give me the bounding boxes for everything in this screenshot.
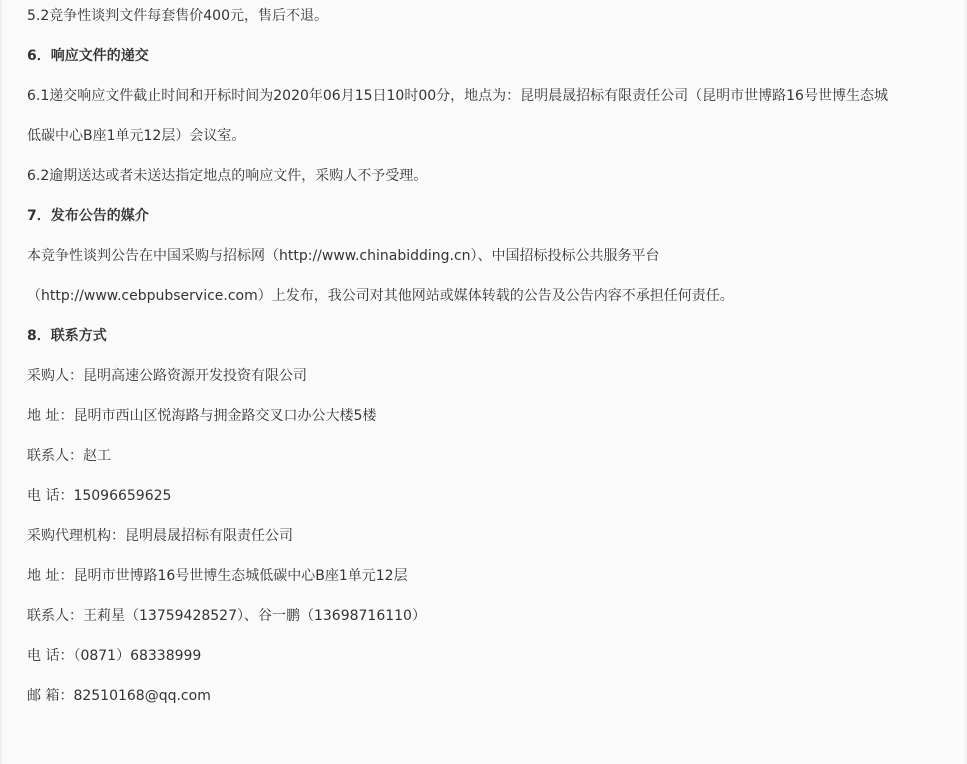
agency-email: 邮 箱：82510168@qq.com [27, 686, 211, 706]
section-heading-6: 6．响应文件的递交 [27, 46, 149, 66]
purchaser: 采购人：昆明高速公路资源开发投资有限公司 [27, 366, 307, 386]
agency: 采购代理机构：昆明晨晟招标有限责任公司 [27, 526, 293, 546]
document-page: 5.2竞争性谈判文件每套售价400元，售后不退。 6．响应文件的递交 6.1递交… [2, 0, 965, 764]
section-heading-7: 7．发布公告的媒介 [27, 206, 149, 226]
agency-address: 地 址：昆明市世博路16号世博生态城低碳中心B座1单元12层 [27, 566, 408, 586]
purchaser-address: 地 址：昆明市西山区悦海路与拥金路交叉口办公大楼5楼 [27, 406, 376, 426]
agency-contacts: 联系人：王莉星（13759428527）、谷一鹏（13698716110） [27, 606, 426, 626]
paragraph-media: 本竞争性谈判公告在中国采购与招标网（http://www.chinabiddin… [27, 246, 660, 266]
paragraph-media-cont: （http://www.cebpubservice.com）上发布，我公司对其他… [27, 286, 734, 306]
paragraph-6-1-cont: 低碳中心B座1单元12层）会议室。 [27, 126, 245, 146]
paragraph-6-1: 6.1递交响应文件截止时间和开标时间为2020年06月15日10时00分，地点为… [27, 86, 888, 106]
paragraph-6-2: 6.2逾期送达或者未送达指定地点的响应文件，采购人不予受理。 [27, 166, 427, 186]
section-heading-8: 8．联系方式 [27, 326, 107, 346]
agency-phone: 电 话：（0871）68338999 [27, 646, 201, 666]
purchaser-phone: 电 话：15096659625 [27, 486, 171, 506]
paragraph-fee: 5.2竞争性谈判文件每套售价400元，售后不退。 [27, 6, 328, 26]
purchaser-contact: 联系人：赵工 [27, 446, 111, 466]
